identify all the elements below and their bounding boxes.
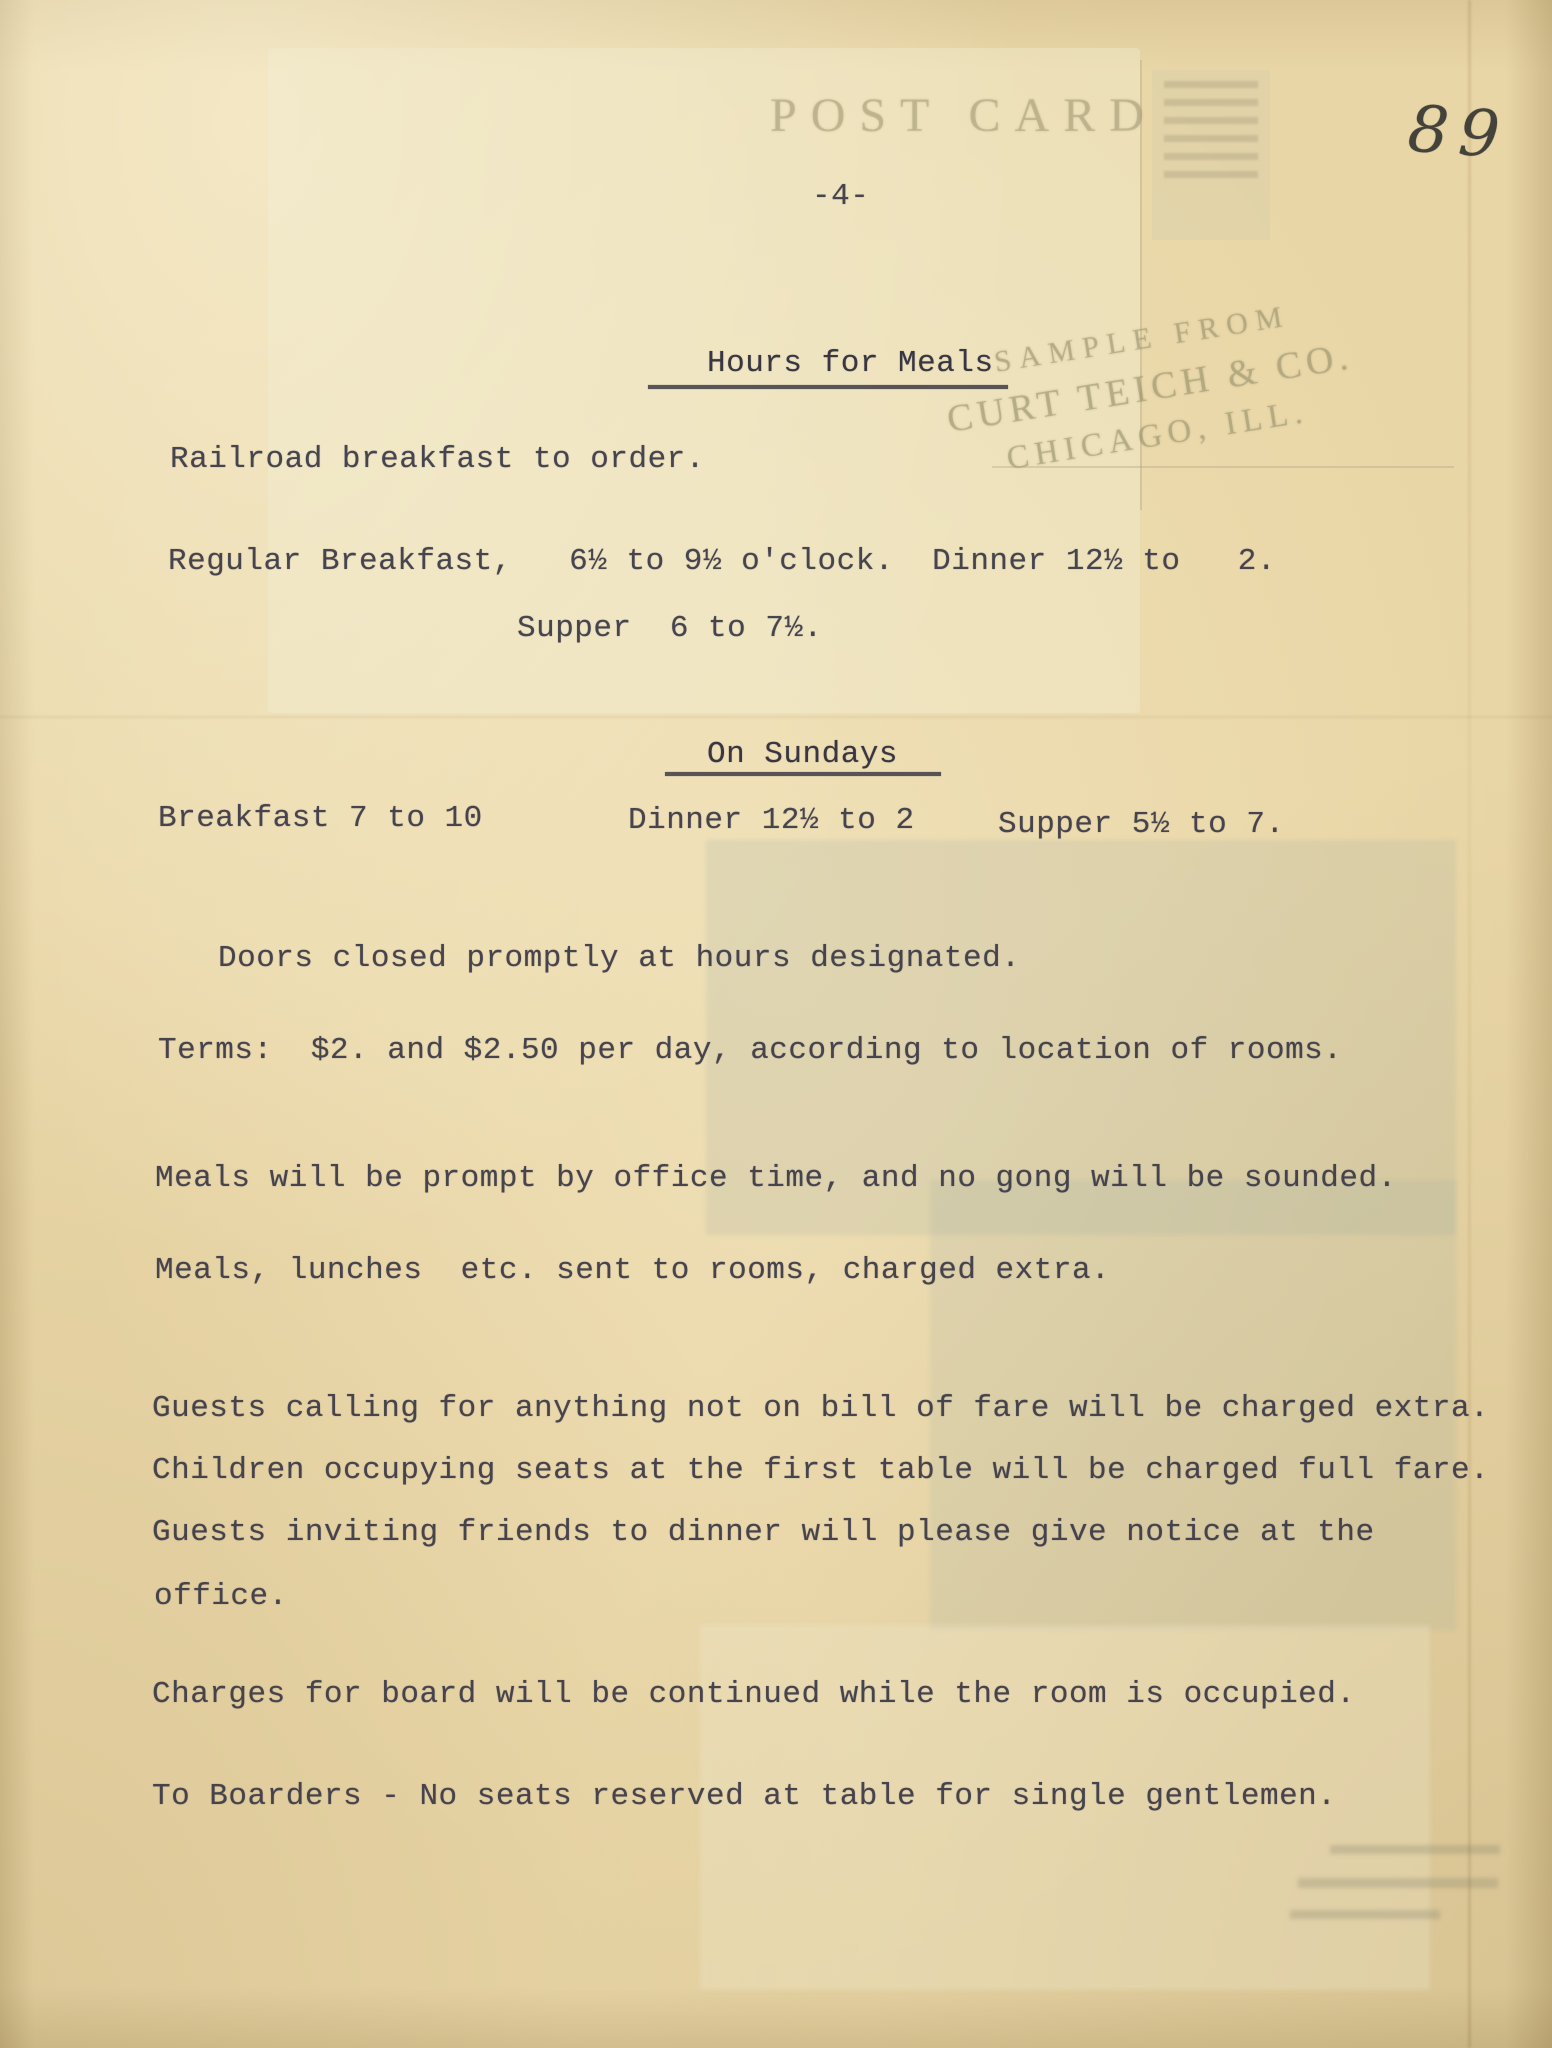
page-number: -4- — [812, 178, 869, 217]
notice-board-charges: Charges for board will be continued whil… — [152, 1676, 1356, 1715]
notice-extra-charges-line4: office. — [154, 1578, 288, 1617]
paper-crease — [1468, 0, 1471, 2048]
line-supper-hours: Supper 6 to 7½. — [517, 610, 823, 649]
heading-underline — [665, 772, 941, 776]
notice-meals-prompt: Meals will be prompt by office time, and… — [155, 1160, 1397, 1199]
notice-doors-closed: Doors closed promptly at hours designate… — [218, 940, 1020, 979]
notice-room-service: Meals, lunches etc. sent to rooms, charg… — [155, 1252, 1110, 1291]
line-railroad-breakfast: Railroad breakfast to order. — [170, 441, 705, 480]
notice-extra-charges-line3: Guests inviting friends to dinner will p… — [152, 1514, 1375, 1553]
paper-crease — [0, 716, 1552, 718]
bleed-through-writing — [1290, 1845, 1520, 1975]
notice-terms: Terms: $2. and $2.50 per day, according … — [158, 1032, 1342, 1071]
notice-to-boarders: To Boarders - No seats reserved at table… — [152, 1778, 1336, 1817]
sunday-breakfast-hours: Breakfast 7 to 10 — [158, 800, 483, 839]
post-card-watermark: POST CARD — [770, 88, 1158, 143]
handwritten-page-index: 89 — [1406, 93, 1512, 174]
heading-hours-for-meals: Hours for Meals — [707, 345, 994, 384]
heading-on-sundays: On Sundays — [707, 736, 898, 775]
line-regular-breakfast: Regular Breakfast, 6½ to 9½ o'clock. Din… — [168, 543, 1276, 582]
sunday-dinner-hours: Dinner 12½ to 2 — [628, 802, 915, 841]
notice-extra-charges-line2: Children occupying seats at the first ta… — [152, 1452, 1489, 1491]
notice-extra-charges-line1: Guests calling for anything not on bill … — [152, 1390, 1489, 1429]
sunday-supper-hours: Supper 5½ to 7. — [998, 806, 1285, 845]
postage-stamp-box — [1152, 70, 1270, 240]
scanned-document-page: POST CARD SAMPLE FROM CURT TEICH & CO. C… — [0, 0, 1552, 2048]
heading-underline — [648, 385, 1008, 389]
